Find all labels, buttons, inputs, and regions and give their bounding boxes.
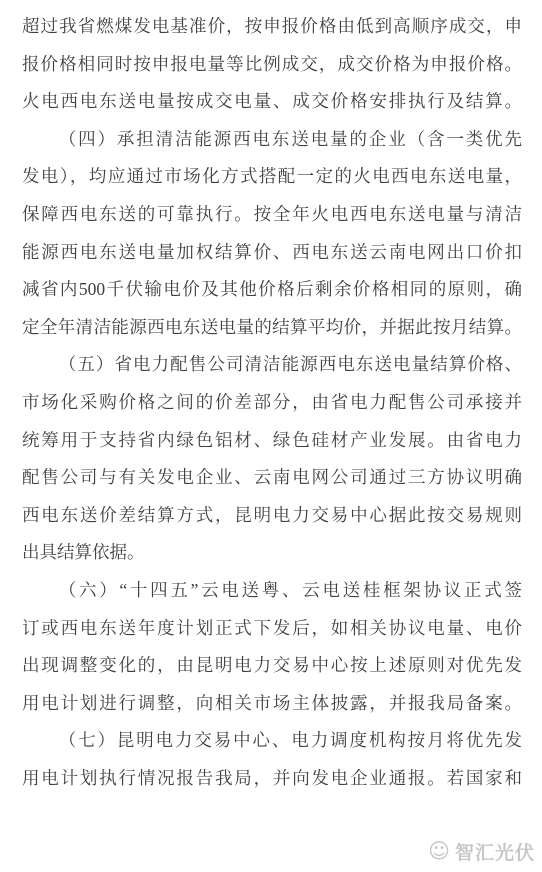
text-line: 发电），均应通过市场化方式搭配一定的火电西电东送电量， (22, 158, 522, 196)
watermark: ☺ 智汇光伏 (428, 838, 535, 865)
text-line: 减省内500千伏输电价及其他价格后剩余价格相同的原则，确 (22, 271, 522, 309)
text-line: 定全年清洁能源西电东送电量的结算平均价，并据此按月结算。 (22, 309, 522, 347)
text-line: 统筹用于支持省内绿色铝材、绿色硅材产业发展。由省电力 (22, 422, 522, 460)
text-line: 能源西电东送电量加权结算价、西电东送云南电网出口价扣 (22, 234, 522, 272)
text-line: 报价格相同时按申报电量等比例成交，成交价格为申报价格。 (22, 46, 522, 84)
text-line: 保障西电东送的可靠执行。按全年火电西电东送电量与清洁 (22, 196, 522, 234)
text-line: 出具结算依据。 (22, 534, 522, 572)
text-line: 出现调整变化的，由昆明电力交易中心按上述原则对优先发 (22, 647, 522, 685)
watermark-label: 智汇光伏 (455, 838, 535, 865)
text-line: （六）“十四五”云电送粤、云电送桂框架协议正式签 (22, 572, 522, 610)
text-line: （五）省电力配售公司清洁能源西电东送电量结算价格、 (22, 346, 522, 384)
text-line: 市场化采购价格之间的价差部分，由省电力配售公司承接并 (22, 384, 522, 422)
text-line: 订或西电东送年度计划正式下发后，如相关协议电量、电价 (22, 610, 522, 648)
smiley-face-logo-icon: ☺ (428, 841, 450, 862)
text-line: 火电西电东送电量按成交电量、成交价格安排执行及结算。 (22, 83, 522, 121)
text-line: 用电计划进行调整，向相关市场主体披露，并报我局备案。 (22, 685, 522, 723)
text-line: 超过我省燃煤发电基准价，按申报价格由低到高顺序成交，申 (22, 8, 522, 46)
text-line: （七）昆明电力交易中心、电力调度机构按月将优先发 (22, 722, 522, 760)
text-line: 用电计划执行情况报告我局，并向发电企业通报。若国家和 (22, 760, 522, 798)
text-line: 配售公司与有关发电企业、云南电网公司通过三方协议明确 (22, 459, 522, 497)
document-page: 超过我省燃煤发电基准价，按申报价格由低到高顺序成交，申报价格相同时按申报电量等比… (0, 0, 542, 872)
text-line: （四）承担清洁能源西电东送电量的企业（含一类优先 (22, 121, 522, 159)
text-line: 西电东送价差结算方式，昆明电力交易中心据此按交易规则 (22, 497, 522, 535)
document-body: 超过我省燃煤发电基准价，按申报价格由低到高顺序成交，申报价格相同时按申报电量等比… (22, 8, 522, 797)
